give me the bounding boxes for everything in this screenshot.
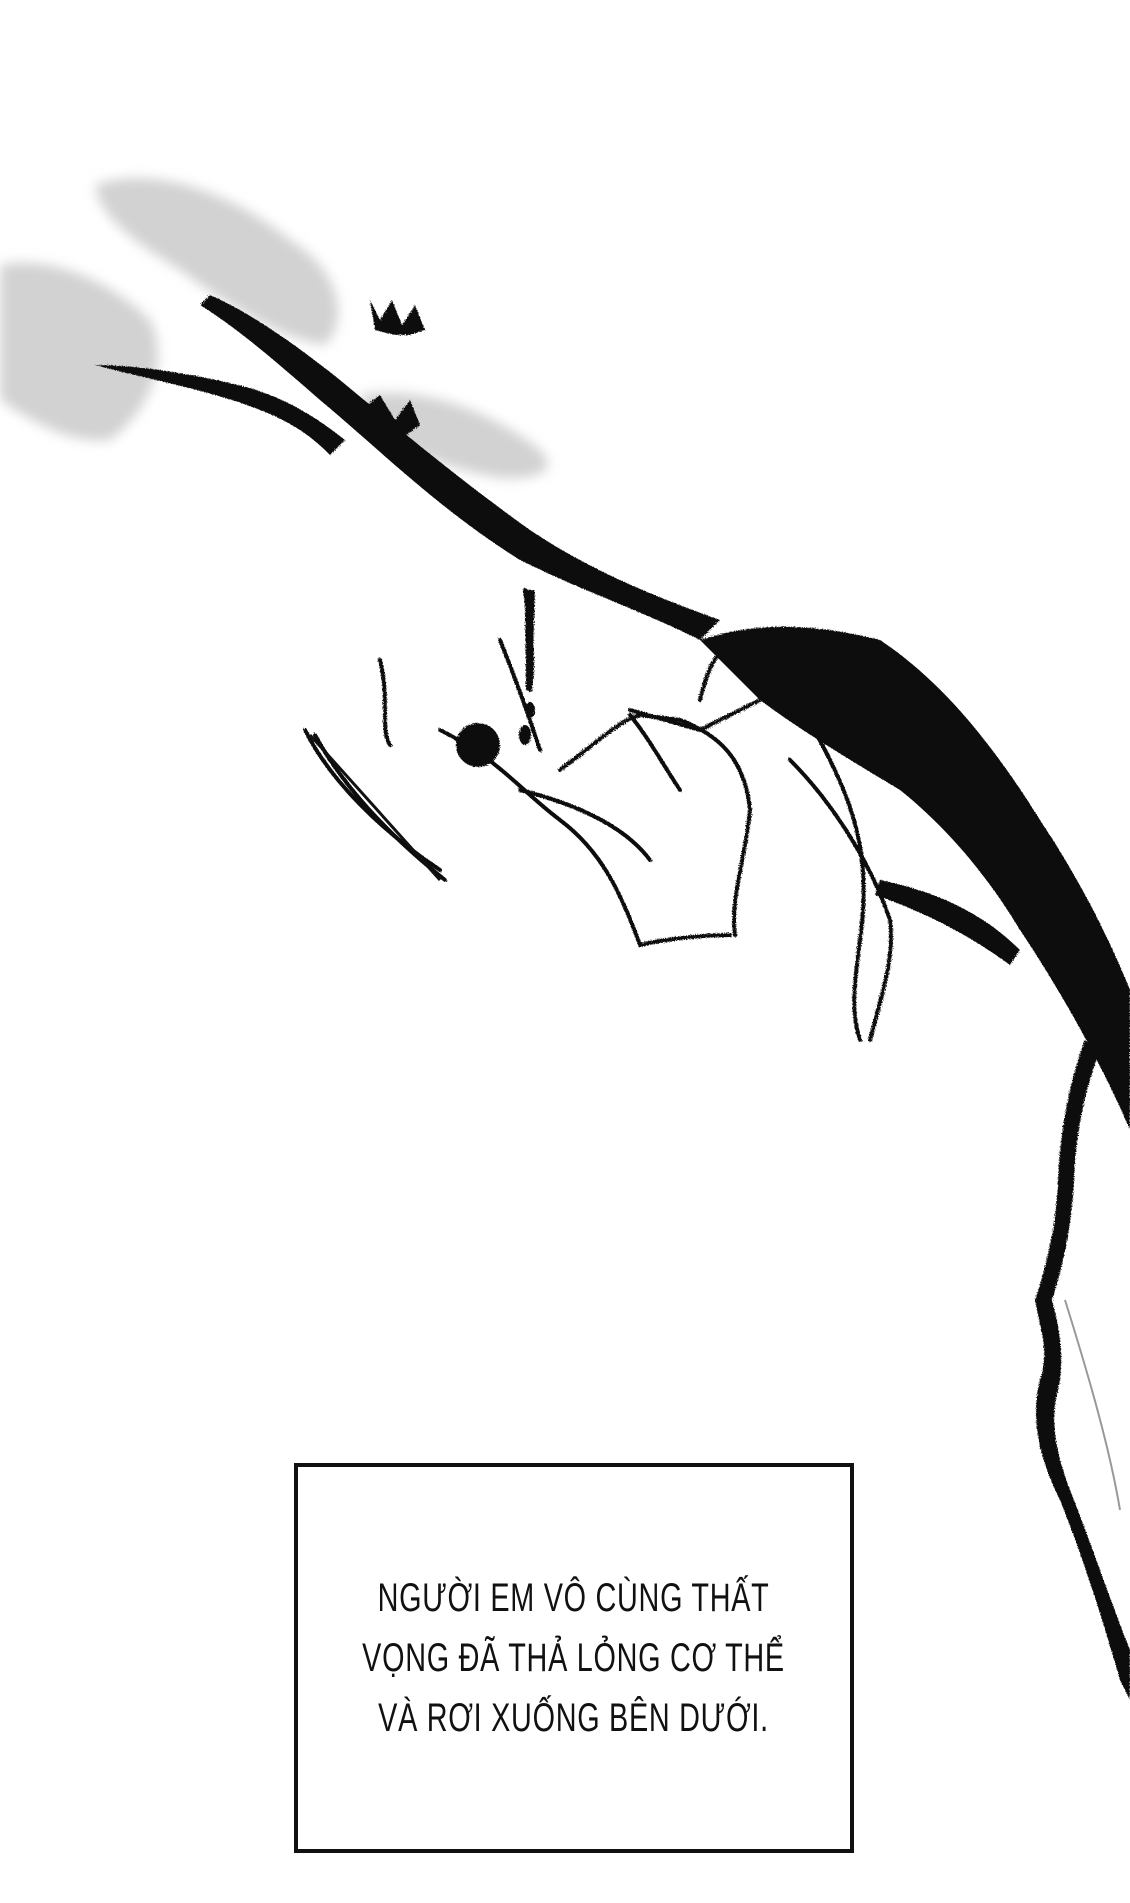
caption-line-1: NGƯỜI EM VÔ CÙNG THẤT <box>363 1568 786 1628</box>
comic-panel: NGƯỜI EM VÔ CÙNG THẤT VỌNG ĐÃ THẢ LỎNG C… <box>0 0 1130 1903</box>
figure-head <box>456 590 535 767</box>
motion-line <box>310 735 440 880</box>
caption-line-3: VÀ RƠI XUỐNG BÊN DƯỚI. <box>363 1688 786 1748</box>
thin-root-line <box>1065 1300 1120 1510</box>
narration-caption-box: NGƯỜI EM VÔ CÙNG THẤT VỌNG ĐÃ THẢ LỎNG C… <box>294 1463 854 1853</box>
pine-foliage <box>0 178 548 478</box>
caption-line-2: VỌNG ĐÃ THẢ LỎNG CƠ THỂ <box>363 1628 786 1688</box>
narration-caption: NGƯỜI EM VÔ CÙNG THẤT VỌNG ĐÃ THẢ LỎNG C… <box>363 1568 786 1748</box>
falling-figures <box>305 590 1010 1040</box>
